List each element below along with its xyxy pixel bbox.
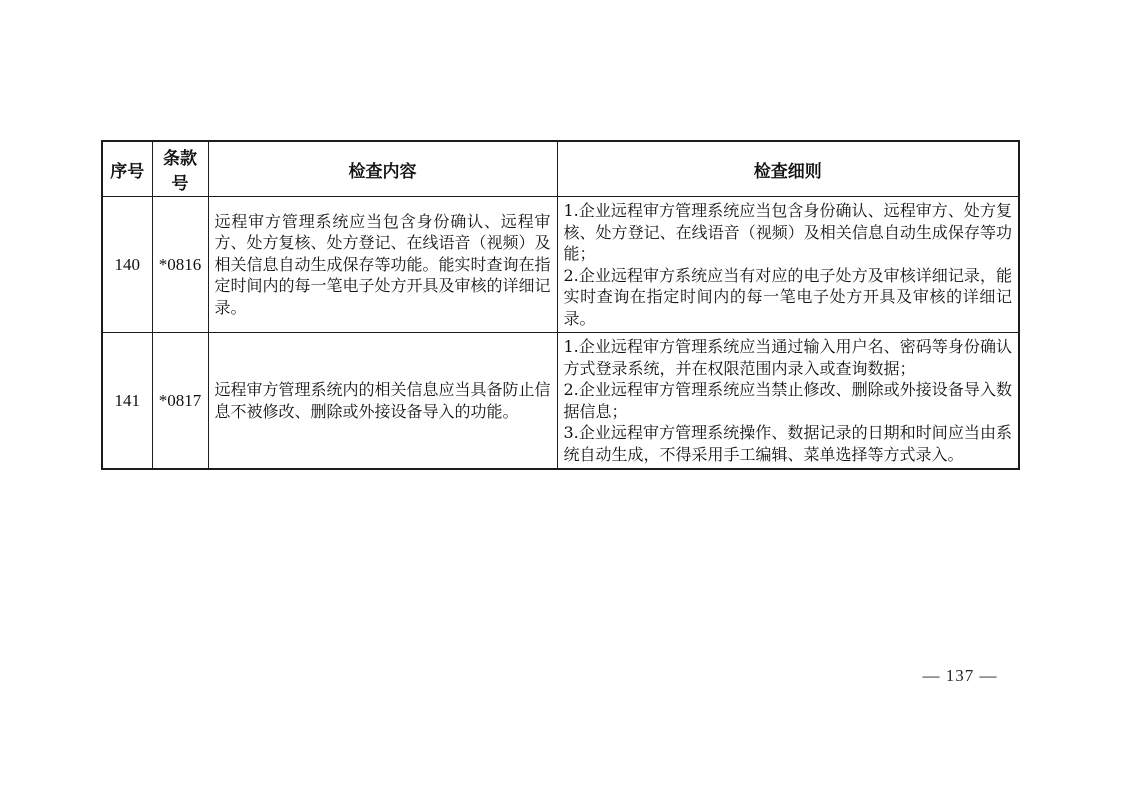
serial-cell: 141: [102, 333, 152, 470]
inspection-checklist-table: 序号 条款号 检查内容 检查细则 140 *0816 远程审方管理系统应当包含身…: [101, 140, 1020, 470]
detail-cell: 1.企业远程审方管理系统应当通过输入用户名、密码等身份确认方式登录系统，并在权限…: [557, 333, 1019, 470]
table-header-row: 序号 条款号 检查内容 检查细则: [102, 141, 1019, 197]
detail-text: 1.企业远程审方管理系统应当包含身份确认、远程审方、处方复核、处方登记、在线语音…: [564, 200, 1013, 329]
column-header-detail: 检查细则: [557, 141, 1019, 197]
content-text: 远程审方管理系统应当包含身份确认、远程审方、处方复核、处方登记、在线语音（视频）…: [215, 211, 551, 319]
clause-cell: *0817: [152, 333, 208, 470]
page-number: — 137 —: [905, 666, 1015, 686]
content-text: 远程审方管理系统内的相关信息应当具备防止信息不被修改、删除或外接设备导入的功能。: [215, 379, 551, 422]
clause-cell: *0816: [152, 197, 208, 333]
table-row: 140 *0816 远程审方管理系统应当包含身份确认、远程审方、处方复核、处方登…: [102, 197, 1019, 333]
detail-text: 1.企业远程审方管理系统应当通过输入用户名、密码等身份确认方式登录系统，并在权限…: [564, 336, 1013, 465]
column-header-content: 检查内容: [208, 141, 557, 197]
serial-cell: 140: [102, 197, 152, 333]
column-header-serial: 序号: [102, 141, 152, 197]
detail-cell: 1.企业远程审方管理系统应当包含身份确认、远程审方、处方复核、处方登记、在线语音…: [557, 197, 1019, 333]
column-header-clause: 条款号: [152, 141, 208, 197]
content-cell: 远程审方管理系统应当包含身份确认、远程审方、处方复核、处方登记、在线语音（视频）…: [208, 197, 557, 333]
content-cell: 远程审方管理系统内的相关信息应当具备防止信息不被修改、删除或外接设备导入的功能。: [208, 333, 557, 470]
table-row: 141 *0817 远程审方管理系统内的相关信息应当具备防止信息不被修改、删除或…: [102, 333, 1019, 470]
